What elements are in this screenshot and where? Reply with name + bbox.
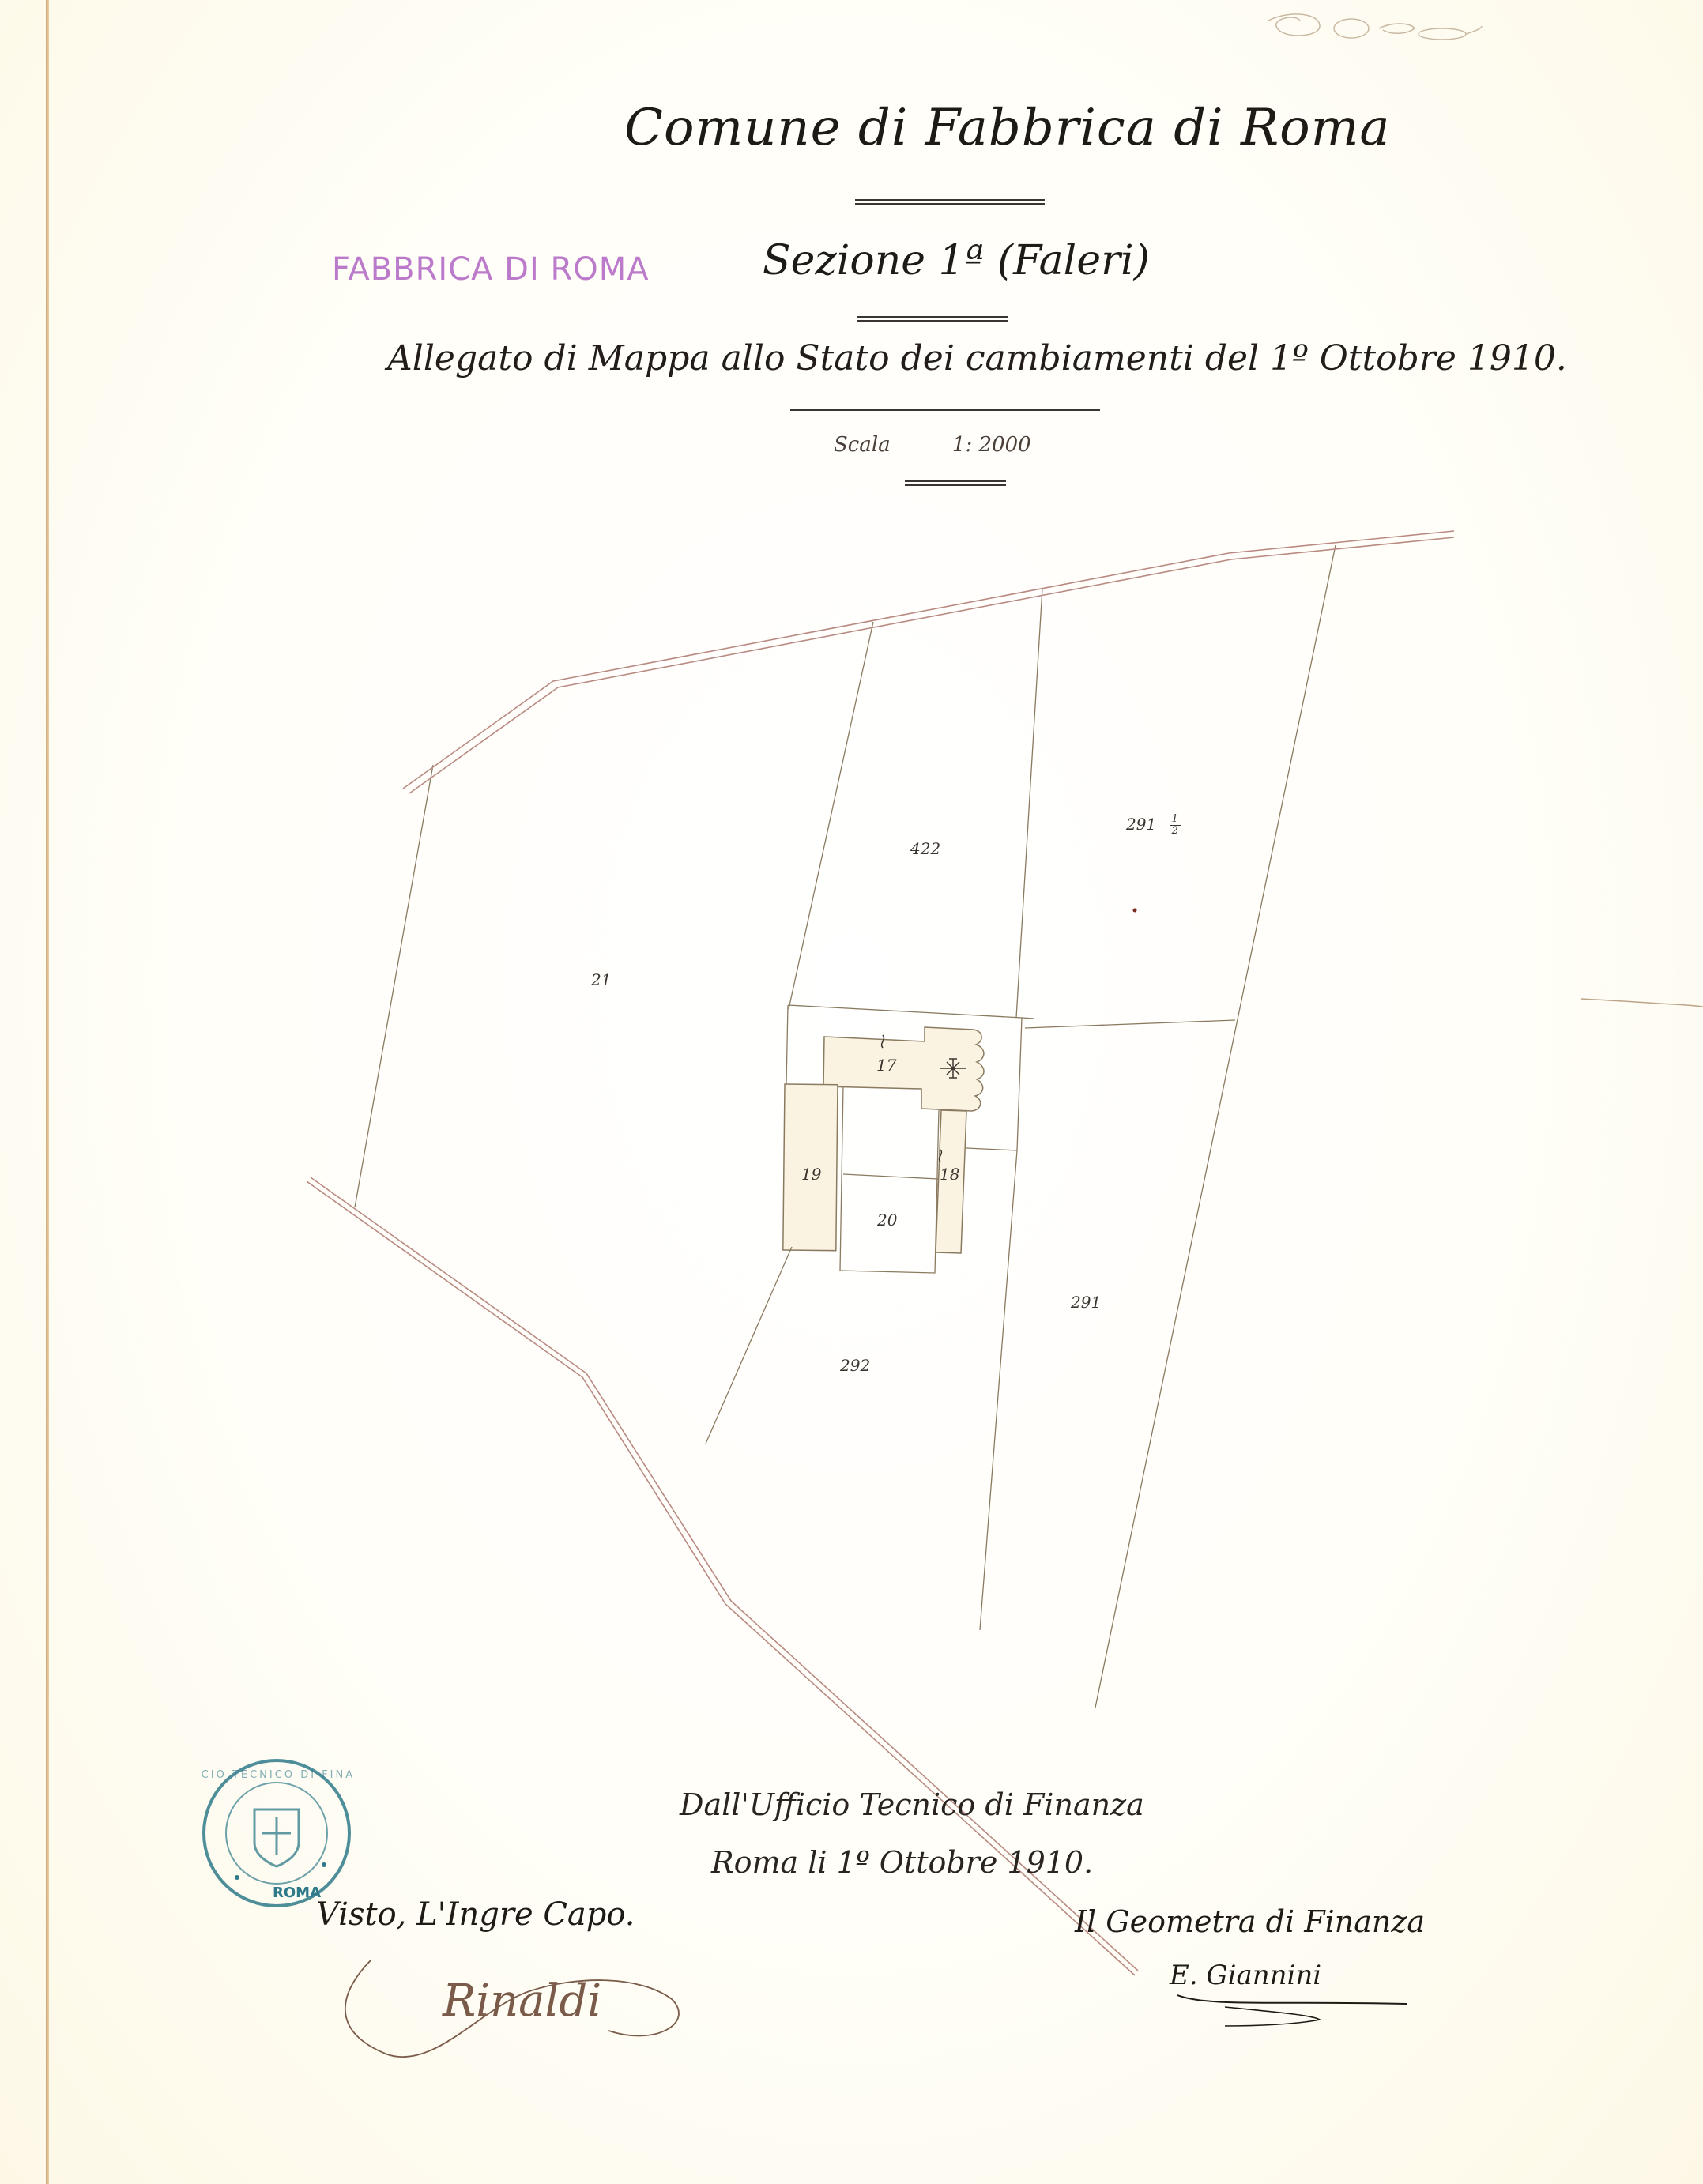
parcel-label-21: 21 xyxy=(591,970,611,989)
parcel-label-292: 292 xyxy=(840,1356,870,1375)
coat-of-arms-icon xyxy=(254,1809,299,1866)
parcel-label-19: 19 xyxy=(801,1165,821,1184)
surveyor-signature: E. Giannini xyxy=(1170,1960,1321,1991)
parcel-label-18: 18 xyxy=(940,1165,959,1184)
survey-point xyxy=(1133,909,1137,913)
parcel-label-291: 291 xyxy=(1071,1293,1101,1312)
parcel-fraction: 1 2 xyxy=(1170,814,1181,837)
surveyor-signature-underline xyxy=(1177,1991,1438,2031)
building-17 xyxy=(823,1027,984,1111)
road-north xyxy=(403,531,1454,793)
parcel-label-20: 20 xyxy=(877,1211,897,1229)
svg-text:UFFICIO TECNICO DI FINANZA: UFFICIO TECNICO DI FINANZA xyxy=(198,1769,356,1781)
issue-date: Roma li 1º Ottobre 1910. xyxy=(711,1845,1093,1880)
parcel-label-422: 422 xyxy=(910,839,940,858)
parcel-label-17: 17 xyxy=(876,1056,896,1075)
issuing-office: Dall'Ufficio Tecnico di Finanza xyxy=(680,1787,1144,1822)
parcel-label-291-half: 291 1 2 xyxy=(1126,814,1181,837)
document-sheet: Comune di Fabbrica di Roma FABBRICA DI R… xyxy=(0,0,1703,2184)
surveyor-title: Il Geometra di Finanza xyxy=(1075,1904,1425,1939)
approval-note: Visto, L'Ingre Capo. xyxy=(316,1896,635,1933)
seal-city: ROMA xyxy=(273,1885,321,1901)
parcel-lines xyxy=(355,545,1336,1708)
signature-flourish xyxy=(324,1944,719,2070)
parcel-number: 291 xyxy=(1126,815,1156,834)
